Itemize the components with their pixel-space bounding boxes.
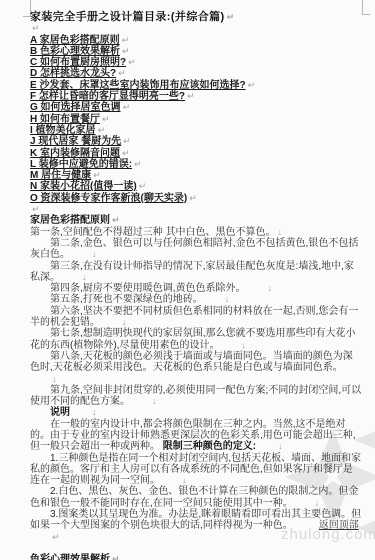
toc-link-d[interactable]: D 怎样挑选水龙头?	[30, 68, 116, 79]
note-label-paragraph: 说明↓	[30, 407, 362, 418]
empty-line: ↵	[30, 204, 362, 215]
toc-item-h: H 如何布置餐厅↵	[30, 114, 362, 125]
toc-item-b: B 色彩心理效果解析↵	[30, 46, 362, 57]
document-page: 家装完全手册之设计篇目录:(并综合篇)↵ ↵ A 家居色彩搭配原则↵ B 色彩心…	[0, 0, 375, 560]
definition-paragraph-1: 1.三种颜色是指在同一个相对封闭空间内,包括天花板、墙面、地面和家私的颜色。客厅…	[30, 453, 362, 487]
paragraph-mark: ↵	[32, 204, 40, 215]
toc-item-a: A 家居色彩搭配原则↵	[30, 35, 362, 46]
toc-link-i[interactable]: I 植物美化家居	[30, 125, 96, 136]
empty-line	[30, 543, 362, 554]
section-heading-color-psychology: 色彩心理效果解析↵	[30, 554, 362, 560]
linebreak-mark: ↓	[258, 441, 283, 452]
section-heading-text: 家居色彩搭配原则	[30, 215, 110, 226]
section-heading-color-rules: 家居色彩搭配原则↵	[30, 215, 362, 226]
paragraph-mark: ↵	[32, 23, 40, 34]
linebreak-mark: ↓	[221, 340, 246, 351]
paragraph-mark: ↵	[227, 12, 235, 23]
rule-paragraph-6: 第六条,坚决不要把不同材质但色系相同的材料放在一起,否则,您会有一半的机会犯错。…	[30, 306, 362, 329]
document-title-text: 家装完全手册之设计篇目录:(并综合篇)	[30, 11, 225, 23]
toc-item-j: J 现代居家 餐厨为先↵	[30, 136, 362, 147]
toc-link-m[interactable]: M 居住与健康	[30, 170, 91, 181]
paragraph-mark: ↵	[189, 193, 197, 204]
toc-link-k[interactable]: K 室内装修隔音问题	[30, 148, 120, 159]
paragraph-mark: ↵	[122, 148, 130, 159]
toc-link-l[interactable]: L 装修中应避免的错误:	[30, 159, 132, 170]
definition-text: 3.图案类以其呈现色为准。办法是,眯着眼睛看即可看出其主要色调。但如果一个大型图…	[30, 509, 361, 531]
toc-item-l: L 装修中应避免的错误:↵	[30, 159, 362, 170]
rule-paragraph-8: 第八条,天花板的颜色必须浅于墙面或与墙面同色。当墙面的颜色为深色时,天花板必须采…	[30, 351, 362, 385]
paragraph-mark: ↵	[122, 46, 130, 57]
toc-item-d: D 怎样挑选水龙头?↵	[30, 68, 362, 79]
section-heading-text: 色彩心理效果解析	[30, 554, 110, 560]
note-label: 说明	[50, 407, 70, 418]
rule-paragraph-9: 第九条,空间非封闭贯穿的,必须使用同一配色方案;不同的封闭空间,可以使用不同的配…	[30, 385, 362, 408]
rule-paragraph-4: 第四条,厨房不要使用暖色调,黄色色系除外。↓	[30, 283, 362, 294]
toc-link-a[interactable]: A 家居色彩搭配原则	[30, 35, 120, 46]
toc-item-c: C 如何布置厨房照明?↵	[30, 57, 362, 68]
toc-link-e[interactable]: E 沙发套、床罩这些室内装饰用布应该如何选择?	[30, 80, 246, 91]
toc-item-e: E 沙发套、床罩这些室内装饰用布应该如何选择?↵	[30, 80, 362, 91]
empty-line: ↵	[30, 23, 362, 34]
paragraph-mark: ↵	[118, 68, 126, 79]
document-title: 家装完全手册之设计篇目录:(并综合篇)↵	[30, 12, 362, 23]
paragraph-mark: ↵	[248, 80, 256, 91]
paragraph-mark: ↵	[187, 91, 195, 102]
linebreak-mark: ↓	[162, 475, 187, 486]
toc-item-m: M 居住与健康↵	[30, 170, 362, 181]
linebreak-mark: ↓	[72, 249, 97, 260]
toc-item-n: N 家装小花招(值得一读)↵	[30, 181, 362, 192]
paragraph-mark: ↵	[112, 215, 120, 226]
rule-text: 第八条,天花板的颜色必须浅于墙面或与墙面同色。当墙面的颜色为深色时,天花板必须采…	[30, 351, 353, 373]
definition-label: 限制三种颜色的定义:	[163, 441, 256, 452]
linebreak-mark: ↓	[102, 317, 127, 328]
toc-link-g[interactable]: G 如何选择居室色调	[30, 102, 121, 113]
paragraph-mark: ↵	[128, 57, 136, 68]
paragraph-mark: ↵	[134, 159, 142, 170]
paragraph-mark: ↵	[32, 532, 60, 543]
paragraph-mark: ↵	[122, 35, 130, 46]
paragraph-mark: ↵	[112, 554, 120, 560]
toc-link-b[interactable]: B 色彩心理效果解析	[30, 46, 120, 57]
paragraph-mark: ↵	[139, 181, 147, 192]
explanation-paragraph: 在一般的室内设计中,都会将颜色限制在三种之内。当然,这不是绝对的。由于专业的室内…	[30, 419, 362, 453]
linebreak-mark: ↓	[62, 272, 87, 283]
linebreak-mark: ↓	[205, 294, 230, 305]
rule-paragraph-1: 第一条,空间配色不得超过三种 其中白色、黑色不算色。↓	[30, 227, 362, 238]
rule-text: 第五条,打死也不要深绿色的地砖。	[50, 294, 203, 305]
toc-link-c[interactable]: C 如何布置厨房照明?	[30, 57, 126, 68]
rule-text: 第九条,空间非封闭贯穿的,必须使用同一配色方案;不同的封闭空间,可以使用不同的配…	[30, 385, 361, 407]
toc-link-n[interactable]: N 家装小花招(值得一读)	[30, 181, 137, 192]
toc-link-o[interactable]: O 资深装修专家作客新浪(聊天实录)	[30, 193, 187, 204]
back-to-top-link[interactable]: 返回顶部	[319, 520, 359, 531]
toc-item-f: F 怎样让昏暗的客厅显得明亮一些?↵	[30, 91, 362, 102]
rule-paragraph-2: 第二条,金色、银色可以与任何颜色相陪衬,金色不包括黄色,银色不包括灰白色。↓	[30, 238, 362, 261]
rule-paragraph-7: 第七条,想制造明快现代的家居氛围,那么您就不要选用那些印有大花小花的东西(植物除…	[30, 328, 362, 351]
linebreak-mark: ↓	[132, 396, 157, 407]
paragraph-mark: ↵	[123, 102, 131, 113]
linebreak-mark: ↓	[248, 283, 273, 294]
paragraph-mark: ↵	[93, 170, 101, 181]
linebreak-mark: ↓	[278, 227, 283, 238]
linebreak-mark: ↓	[295, 498, 320, 509]
paragraph-mark: ↵	[98, 125, 106, 136]
toc-link-f[interactable]: F 怎样让昏暗的客厅显得明亮一些?	[30, 91, 185, 102]
rule-text: 第一条,空间配色不得超过三种 其中白色、黑色不算色。	[30, 227, 276, 238]
paragraph-mark: ↵	[102, 114, 110, 125]
rule-paragraph-5: 第五条,打死也不要深绿色的地砖。↓	[30, 294, 362, 305]
rule-text: 第六条,坚决不要把不同材质但色系相同的材料放在一起,否则,您会有一半的机会犯错。	[30, 306, 358, 328]
toc-item-k: K 室内装修隔音问题↵	[30, 148, 362, 159]
definition-paragraph-3: 3.图案类以其呈现色为准。办法是,眯着眼睛看即可看出其主要色调。但如果一个大型图…	[30, 509, 362, 543]
paragraph-mark: ↵	[123, 136, 131, 147]
toc-item-g: G 如何选择居室色调↵	[30, 102, 362, 113]
toc-link-h[interactable]: H 如何布置餐厅	[30, 114, 100, 125]
toc-item-i: I 植物美化家居↵	[30, 125, 362, 136]
linebreak-mark: ↓	[72, 407, 97, 418]
toc-link-j[interactable]: J 现代居家 餐厨为先	[30, 136, 121, 147]
definition-text: 1.三种颜色是指在同一个相对封闭空间内,包括天花板、墙面、地面和家私的颜色。客厅…	[30, 453, 361, 487]
rule-text: 第四条,厨房不要使用暖色调,黄色色系除外。	[50, 283, 246, 294]
rule-paragraph-3: 第三条,在没有设计师指导的情况下,家居最佳配色灰度是:墙浅,地中,家私深。↓	[30, 261, 362, 284]
definition-paragraph-2: 2.白色、黑色、灰色、金色、银色不计算在三种颜色的限制之内。但金色和银色一般不能…	[30, 486, 362, 509]
rule-text: 第七条,想制造明快现代的家居氛围,那么您就不要选用那些印有大花小花的东西(植物除…	[30, 328, 356, 350]
toc-item-o: O 资深装修专家作客新浪(聊天实录)↵	[30, 193, 362, 204]
linebreak-mark: ↓	[32, 374, 57, 385]
